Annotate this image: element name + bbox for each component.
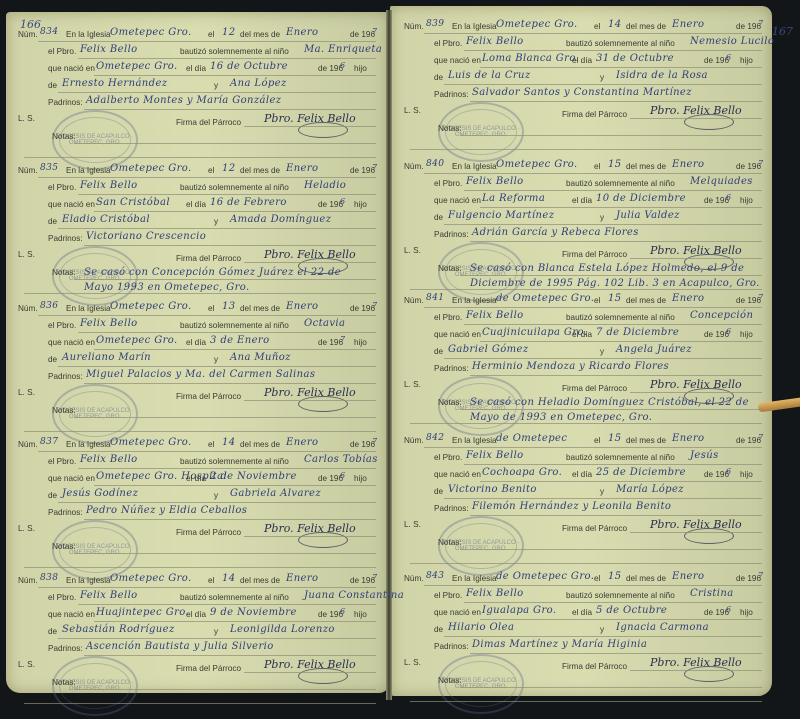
y-label: y — [214, 491, 218, 500]
month-label: del mes de — [626, 22, 666, 31]
priest-field: Felix Bello — [466, 450, 524, 461]
birth-date: 31 de Octubre — [596, 53, 674, 64]
hijo-label: hijo — [740, 608, 753, 617]
baptism-day: 14 — [608, 19, 622, 30]
birth-date: 16 de Febrero — [210, 197, 287, 208]
de-label: de — [434, 625, 443, 634]
priest-label: el Pbro. — [434, 179, 462, 188]
iglesia-label: En la Iglesia — [452, 436, 497, 445]
month-label: del mes de — [240, 166, 280, 175]
birth-place: Ometepec Gro. — [96, 335, 178, 346]
baptism-entry: Núm. 839 En la Iglesia Ometepec Gro. el … — [400, 18, 762, 156]
day-label: el día — [572, 608, 592, 617]
month-label: del mes de — [240, 30, 280, 39]
birth-year-digit: 6 — [726, 193, 732, 202]
baptized-label: bautizó solemnemente al niño — [566, 453, 675, 462]
priest-field: Felix Bello — [80, 318, 138, 329]
godparents: Herminio Mendoza y Ricardo Flores — [472, 361, 669, 372]
priest-field: Felix Bello — [80, 590, 138, 601]
iglesia-label: En la Iglesia — [66, 576, 111, 585]
notes-label: Notas: — [438, 124, 462, 133]
godparents: Adrián García y Rebeca Flores — [472, 227, 639, 238]
mother-name: María López — [616, 484, 684, 495]
ls-label: L. S. — [18, 660, 35, 669]
notes-label: Notas: — [52, 678, 76, 687]
church-field: Ometepec Gro. — [110, 437, 192, 448]
ls-label: L. S. — [404, 246, 421, 255]
notes-label: Notas: — [52, 406, 76, 415]
el-label: el — [594, 22, 600, 31]
born-label: que nació en — [434, 470, 481, 479]
baptized-label: bautizó solemnemente al niño — [180, 321, 289, 330]
godparents-label: Padrinos: — [434, 364, 469, 373]
ls-label: L. S. — [404, 106, 421, 115]
signature-label: Firma del Párroco — [562, 662, 627, 671]
baptism-month: Enero — [286, 163, 318, 174]
child-name: Ma. Enriqueta — [304, 44, 382, 55]
born-label: que nació en — [434, 196, 481, 205]
num-label: Núm. — [404, 22, 424, 31]
child-name: Nemesio Lucilo — [690, 36, 774, 47]
priest-label: el Pbro. — [434, 453, 462, 462]
baptism-entry: Núm. 834 En la Iglesia Ometepec Gro. el … — [14, 26, 376, 164]
baptism-entry: Núm. 835 En la Iglesia Ometepec Gro. el … — [14, 162, 376, 300]
birth-place: Ometepec Gro. — [96, 61, 178, 72]
signature-label: Firma del Párroco — [176, 664, 241, 673]
born-label: que nació en — [48, 474, 95, 483]
born-label: que nació en — [48, 200, 95, 209]
signature-label: Firma del Párroco — [562, 524, 627, 533]
hijo-label: hijo — [354, 338, 367, 347]
el-label: el — [208, 576, 214, 585]
num-label: Núm. — [18, 30, 38, 39]
birth-date: 5 de Octubre — [596, 605, 667, 616]
baptism-entry: Núm. 838 En la Iglesia Ometepec Gro. el … — [14, 572, 376, 710]
iglesia-label: En la Iglesia — [452, 162, 497, 171]
baptism-month: Enero — [672, 571, 704, 582]
priest-label: el Pbro. — [434, 591, 462, 600]
month-label: del mes de — [626, 436, 666, 445]
ls-label: L. S. — [18, 388, 35, 397]
baptism-month: Enero — [286, 573, 318, 584]
hijo-label: hijo — [740, 56, 753, 65]
birth-year-digit: 6 — [726, 467, 732, 476]
birth-year-digit: 6 — [340, 61, 346, 70]
godparents: Dimas Martínez y María Higinia — [472, 639, 647, 650]
birth-date: 3 de Enero — [210, 335, 270, 346]
el-label: el — [208, 30, 214, 39]
priest-label: el Pbro. — [48, 593, 76, 602]
year-digit: 7 — [372, 573, 378, 582]
birth-year-digit: 6 — [340, 471, 346, 480]
hijo-label: hijo — [354, 64, 367, 73]
priest-label: el Pbro. — [48, 47, 76, 56]
num-label: Núm. — [404, 574, 424, 583]
birth-place: Ometepec Gro. Hospital — [96, 471, 227, 482]
de-label: de — [48, 81, 57, 90]
hijo-label: hijo — [354, 200, 367, 209]
father-name: Ernesto Hernández — [62, 78, 167, 89]
el-label: el — [594, 296, 600, 305]
born-label: que nació en — [434, 56, 481, 65]
birth-place: San Cristóbal — [96, 197, 170, 208]
entry-number: 841 — [426, 293, 444, 303]
birth-date: 10 de Diciembre — [596, 193, 686, 204]
godparents-label: Padrinos: — [48, 372, 83, 381]
year-digit: 7 — [758, 159, 764, 168]
signature-label: Firma del Párroco — [176, 392, 241, 401]
church-field: de Ometepec Gro. — [496, 293, 594, 304]
iglesia-label: En la Iglesia — [66, 30, 111, 39]
month-label: del mes de — [240, 440, 280, 449]
baptized-label: bautizó solemnemente al niño — [566, 313, 675, 322]
ls-label: L. S. — [404, 658, 421, 667]
mother-name: Leonigilda Lorenzo — [230, 624, 335, 635]
num-label: Núm. — [18, 440, 38, 449]
de-label: de — [48, 627, 57, 636]
month-label: del mes de — [240, 304, 280, 313]
birth-year-digit: 6 — [726, 327, 732, 336]
mother-name: Angela Juárez — [616, 344, 692, 355]
mother-name: Isidra de la Rosa — [616, 70, 708, 81]
de-label: de — [434, 213, 443, 222]
y-label: y — [214, 355, 218, 364]
child-name: Jesús — [690, 450, 719, 461]
father-name: Eladio Cristóbal — [62, 214, 150, 225]
born-label: que nació en — [434, 330, 481, 339]
priest-field: Felix Bello — [80, 180, 138, 191]
num-label: Núm. — [18, 304, 38, 313]
baptism-day: 15 — [608, 159, 622, 170]
ls-label: L. S. — [18, 114, 35, 123]
mother-name: Ana López — [230, 78, 287, 89]
entry-number: 839 — [426, 19, 444, 29]
child-name: Cristina — [690, 588, 734, 599]
birth-place: Igualapa Gro. — [482, 605, 556, 616]
year-digit: 7 — [372, 437, 378, 446]
hijo-label: hijo — [354, 610, 367, 619]
year-digit: 7 — [372, 163, 378, 172]
father-name: Jesús Godínez — [62, 488, 138, 499]
y-label: y — [600, 213, 604, 222]
month-label: del mes de — [240, 576, 280, 585]
priest-field: Felix Bello — [80, 44, 138, 55]
de-label: de — [434, 347, 443, 356]
godparents-label: Padrinos: — [48, 98, 83, 107]
baptism-month: Enero — [672, 19, 704, 30]
birth-date: 16 de Octubre — [210, 61, 288, 72]
priest-label: el Pbro. — [48, 457, 76, 466]
baptized-label: bautizó solemnemente al niño — [566, 39, 675, 48]
church-field: Ometepec Gro. — [110, 27, 192, 38]
el-label: el — [594, 436, 600, 445]
notes-text: Se casó con Blanca Estela López Holmedo,… — [470, 261, 760, 291]
ls-label: L. S. — [404, 380, 421, 389]
baptism-entry: Núm. 840 En la Iglesia Ometepec Gro. el … — [400, 158, 762, 296]
baptism-day: 15 — [608, 571, 622, 582]
priest-label: el Pbro. — [48, 183, 76, 192]
day-label: el día — [186, 338, 206, 347]
month-label: del mes de — [626, 162, 666, 171]
baptized-label: bautizó solemnemente al niño — [180, 47, 289, 56]
godparents-label: Padrinos: — [48, 508, 83, 517]
child-name: Melquiades — [690, 176, 753, 187]
baptism-day: 14 — [222, 437, 236, 448]
baptism-day: 14 — [222, 573, 236, 584]
entry-number: 838 — [40, 573, 58, 583]
hijo-label: hijo — [740, 470, 753, 479]
baptism-day: 15 — [608, 433, 622, 444]
year-digit: 7 — [758, 571, 764, 580]
child-name: Heladio — [304, 180, 346, 191]
priest-field: Felix Bello — [80, 454, 138, 465]
priest-field: Felix Bello — [466, 310, 524, 321]
signature-label: Firma del Párroco — [176, 254, 241, 263]
godparents-label: Padrinos: — [48, 234, 83, 243]
born-label: que nació en — [48, 610, 95, 619]
el-label: el — [208, 304, 214, 313]
church-field: Ometepec Gro. — [110, 301, 192, 312]
mother-name: Gabriela Alvarez — [230, 488, 321, 499]
priest-label: el Pbro. — [434, 313, 462, 322]
godparents-label: Padrinos: — [48, 644, 83, 653]
y-label: y — [214, 217, 218, 226]
month-label: del mes de — [626, 574, 666, 583]
child-name: Carlos Tobías — [304, 454, 378, 465]
year-digit: 7 — [372, 301, 378, 310]
num-label: Núm. — [404, 436, 424, 445]
y-label: y — [600, 625, 604, 634]
baptism-entry: Núm. 837 En la Iglesia Ometepec Gro. el … — [14, 436, 376, 574]
baptism-entry: Núm. 843 En la Iglesia de Ometepec Gro. … — [400, 570, 762, 708]
y-label: y — [600, 487, 604, 496]
godparents-label: Padrinos: — [434, 90, 469, 99]
entry-number: 835 — [40, 163, 58, 173]
godparents-label: Padrinos: — [434, 230, 469, 239]
signature-label: Firma del Párroco — [562, 250, 627, 259]
day-label: el día — [572, 56, 592, 65]
notes-label: Notas: — [438, 264, 462, 273]
y-label: y — [214, 81, 218, 90]
church-field: Ometepec Gro. — [496, 159, 578, 170]
y-label: y — [600, 73, 604, 82]
day-label: el día — [572, 470, 592, 479]
baptism-month: Enero — [286, 437, 318, 448]
priest-label: el Pbro. — [48, 321, 76, 330]
godparents: Pedro Núñez y Eldia Ceballos — [86, 505, 247, 516]
baptism-month: Enero — [672, 433, 704, 444]
birth-date: 9 de Noviembre — [210, 607, 297, 618]
signature-label: Firma del Párroco — [176, 528, 241, 537]
baptism-entry: Núm. 841 En la Iglesia de Ometepec Gro. … — [400, 292, 762, 430]
entry-number: 836 — [40, 301, 58, 311]
right-page-number: 167 — [772, 25, 793, 38]
de-label: de — [434, 73, 443, 82]
num-label: Núm. — [404, 296, 424, 305]
year-digit: 7 — [758, 293, 764, 302]
num-label: Núm. — [18, 166, 38, 175]
born-label: que nació en — [434, 608, 481, 617]
birth-place: Loma Blanca Gro. — [482, 53, 579, 64]
godparents: Victoriano Crescencio — [86, 231, 206, 242]
notes-label: Notas: — [438, 398, 462, 407]
entry-number: 840 — [426, 159, 444, 169]
baptized-label: bautizó solemnemente al niño — [180, 183, 289, 192]
el-label: el — [594, 162, 600, 171]
hijo-label: hijo — [740, 196, 753, 205]
ls-label: L. S. — [18, 250, 35, 259]
notes-label: Notas: — [438, 538, 462, 547]
el-label: el — [594, 574, 600, 583]
priest-field: Felix Bello — [466, 36, 524, 47]
father-name: Fulgencio Martínez — [448, 210, 554, 221]
entry-number: 843 — [426, 571, 444, 581]
church-field: de Ometepec — [496, 433, 567, 444]
father-name: Hilario Olea — [448, 622, 514, 633]
baptism-day: 12 — [222, 27, 236, 38]
de-label: de — [48, 217, 57, 226]
church-field: de Ometepec Gro. — [496, 571, 594, 582]
child-name: Octavia — [304, 318, 345, 329]
godparents: Filemón Hernández y Leonila Benito — [472, 501, 671, 512]
num-label: Núm. — [18, 576, 38, 585]
father-name: Gabriel Gómez — [448, 344, 529, 355]
year-digit: 7 — [372, 27, 378, 36]
father-name: Aureliano Marín — [62, 352, 151, 363]
priest-label: el Pbro. — [434, 39, 462, 48]
birth-year-digit: 6 — [340, 607, 346, 616]
child-name: Juana Constantina — [304, 590, 404, 601]
father-name: Luis de la Cruz — [448, 70, 531, 81]
mother-name: Ignacia Carmona — [616, 622, 709, 633]
birth-year-digit: 6 — [340, 197, 346, 206]
de-label: de — [434, 487, 443, 496]
year-digit: 7 — [758, 433, 764, 442]
baptized-label: bautizó solemnemente al niño — [566, 179, 675, 188]
day-label: el día — [572, 330, 592, 339]
born-label: que nació en — [48, 64, 95, 73]
y-label: y — [600, 347, 604, 356]
church-field: Ometepec Gro. — [110, 573, 192, 584]
iglesia-label: En la Iglesia — [452, 296, 497, 305]
notes-label: Notas: — [52, 132, 76, 141]
entry-number: 837 — [40, 437, 58, 447]
iglesia-label: En la Iglesia — [452, 22, 497, 31]
ls-label: L. S. — [18, 524, 35, 533]
num-label: Núm. — [404, 162, 424, 171]
el-label: el — [208, 166, 214, 175]
baptism-month: Enero — [672, 159, 704, 170]
birth-year-digit: 6 — [726, 53, 732, 62]
ls-label: L. S. — [404, 520, 421, 529]
day-label: el día — [186, 200, 206, 209]
baptized-label: bautizó solemnemente al niño — [180, 593, 289, 602]
godparents: Adalberto Montes y María González — [86, 95, 281, 106]
father-name: Sebastián Rodríguez — [62, 624, 175, 635]
born-label: que nació en — [48, 338, 95, 347]
month-label: del mes de — [626, 296, 666, 305]
entry-number: 834 — [40, 27, 58, 37]
child-name: Concepción — [690, 310, 753, 321]
baptism-month: Enero — [672, 293, 704, 304]
hijo-label: hijo — [740, 330, 753, 339]
baptism-entry: Núm. 842 En la Iglesia de Ometepec el 15… — [400, 432, 762, 570]
birth-date: 25 de Diciembre — [596, 467, 686, 478]
baptism-day: 13 — [222, 301, 236, 312]
priest-field: Felix Bello — [466, 588, 524, 599]
church-field: Ometepec Gro. — [110, 163, 192, 174]
godparents: Salvador Santos y Constantina Martínez — [472, 87, 692, 98]
father-name: Victorino Benito — [448, 484, 537, 495]
notes-label: Notas: — [438, 676, 462, 685]
notes-label: Notas: — [52, 268, 76, 277]
mother-name: Amada Domínguez — [230, 214, 331, 225]
baptism-month: Enero — [286, 27, 318, 38]
iglesia-label: En la Iglesia — [66, 166, 111, 175]
godparents: Miguel Palacios y Ma. del Carmen Salinas — [86, 369, 315, 380]
year-digit: 7 — [758, 19, 764, 28]
iglesia-label: En la Iglesia — [452, 574, 497, 583]
birth-place: Huajintepec Gro. — [96, 607, 189, 618]
birth-date: 2 de Noviembre — [210, 471, 297, 482]
el-label: el — [208, 440, 214, 449]
de-label: de — [48, 355, 57, 364]
baptized-label: bautizó solemnemente al niño — [180, 457, 289, 466]
iglesia-label: En la Iglesia — [66, 440, 111, 449]
notes-text: Se casó con Heladio Domínguez Cristóbal,… — [470, 395, 760, 425]
baptism-entry: Núm. 836 En la Iglesia Ometepec Gro. el … — [14, 300, 376, 438]
baptism-day: 15 — [608, 293, 622, 304]
church-field: Ometepec Gro. — [496, 19, 578, 30]
iglesia-label: En la Iglesia — [66, 304, 111, 313]
birth-place: La Reforma — [482, 193, 545, 204]
signature-label: Firma del Párroco — [176, 118, 241, 127]
baptism-day: 12 — [222, 163, 236, 174]
day-label: el día — [186, 64, 206, 73]
notes-label: Notas: — [52, 542, 76, 551]
birth-year-digit: 6 — [726, 605, 732, 614]
birth-year-digit: 7 — [340, 335, 346, 344]
notes-text: Se casó con Concepción Gómez Juárez el 2… — [84, 265, 374, 295]
godparents-label: Padrinos: — [434, 504, 469, 513]
birth-place: Cochoapa Gro. — [482, 467, 562, 478]
day-label: el día — [572, 196, 592, 205]
godparents: Ascención Bautista y Julia Silverio — [86, 641, 274, 652]
hijo-label: hijo — [354, 474, 367, 483]
birth-date: 7 de Diciembre — [596, 327, 679, 338]
baptized-label: bautizó solemnemente al niño — [566, 591, 675, 600]
mother-name: Julia Valdez — [616, 210, 680, 221]
mother-name: Ana Muñoz — [230, 352, 291, 363]
y-label: y — [214, 627, 218, 636]
priest-field: Felix Bello — [466, 176, 524, 187]
entry-number: 842 — [426, 433, 444, 443]
signature-label: Firma del Párroco — [562, 110, 627, 119]
signature-label: Firma del Párroco — [562, 384, 627, 393]
de-label: de — [48, 491, 57, 500]
godparents-label: Padrinos: — [434, 642, 469, 651]
baptism-month: Enero — [286, 301, 318, 312]
day-label: el día — [186, 610, 206, 619]
day-label: el día — [186, 474, 206, 483]
